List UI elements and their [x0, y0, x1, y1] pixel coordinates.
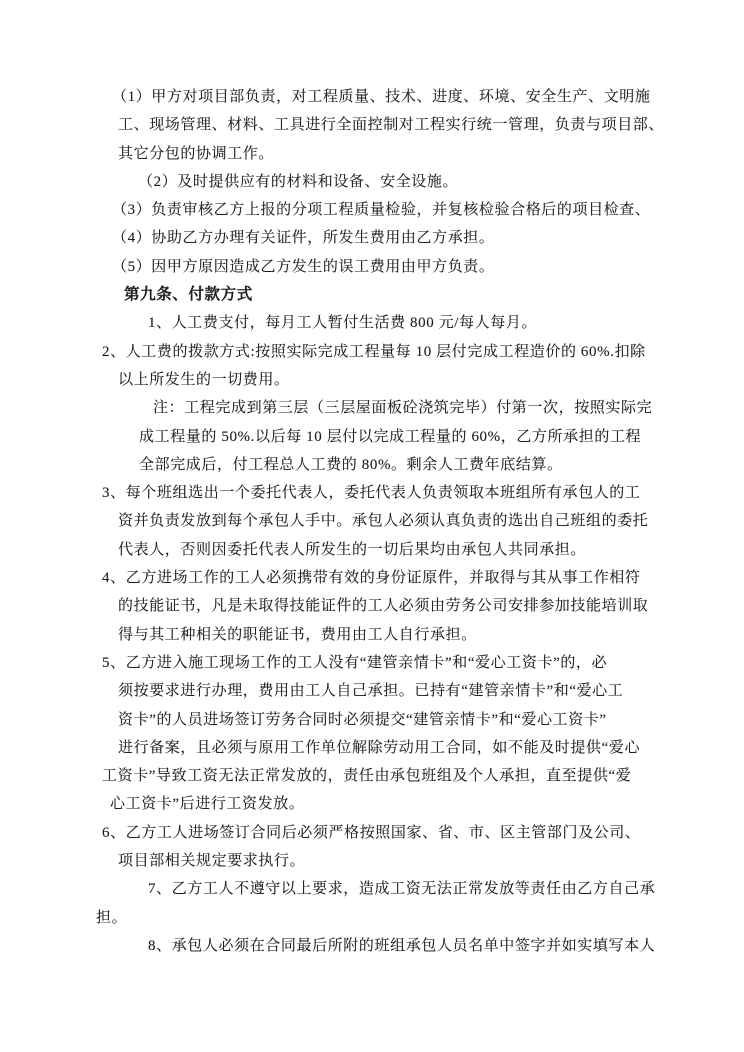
document-line: 4、乙方进场工作的工人必须携带有效的身份证原件，并取得与其从事工作相符: [102, 564, 668, 592]
document-line: 资卡”的人员进场签订劳务合同时必须提交“建管亲情卡”和“爱心工资卡”: [118, 706, 668, 734]
document-line: 资并负责发放到每个承包人手中。承包人必须认真负责的选出自己班组的委托: [118, 507, 668, 535]
document-line: 7、乙方工人不遵守以上要求，造成工资无法正常发放等责任由乙方自己承: [148, 875, 668, 903]
document-line: 得与其工种相关的职能证书，费用由工人自行承担。: [118, 621, 668, 649]
document-note-line: 全部完成后，付工程总人工费的 80%。剩余人工费年底结算。: [139, 451, 668, 479]
document-line: 进行备案，且必须与原用工作单位解除劳动用工合同，如不能及时提供“爱心: [118, 734, 668, 762]
document-note-line: 注：工程完成到第三层（三层屋面板砼浇筑完毕）付第一次，按照实际完: [153, 394, 668, 422]
document-line: （1）甲方对项目部负责，对工程质量、技术、进度、环境、安全生产、文明施: [112, 83, 668, 111]
document-note-line: 成工程量的 50%.以后每 10 层付以完成工程量的 60%，乙方所承担的工程: [139, 423, 668, 451]
document-line: 以上所发生的一切费用。: [118, 366, 668, 394]
document-line: 2、人工费的拨款方式:按照实际完成工程量每 10 层付完成工程造价的 60%.扣…: [102, 338, 668, 366]
document-line: （4）协助乙方办理有关证件，所发生费用由乙方承担。: [112, 224, 668, 252]
document-line: 8、承包人必须在合同最后所附的班组承包人员名单中签字并如实填写本人: [148, 932, 668, 960]
document-line: 5、乙方进入施工现场工作的工人没有“建管亲情卡”和“爱心工资卡”的，必: [102, 649, 668, 677]
document-line: 工、现场管理、材料、工具进行全面控制对工程实行统一管理，负责与项目部、: [118, 111, 668, 139]
document-line: 工资卡”导致工资无法正常发放的，责任由承包班组及个人承担，直至提供“爱: [102, 762, 668, 790]
document-line: 须按要求进行办理，费用由工人自己承担。已持有“建管亲情卡”和“爱心工: [118, 677, 668, 705]
document-line: 担。: [96, 904, 668, 932]
document-body: （1）甲方对项目部负责，对工程质量、技术、进度、环境、安全生产、文明施 工、现场…: [102, 83, 668, 960]
document-line: （2）及时提供应有的材料和设备、安全设施。: [138, 168, 668, 196]
document-line: 3、每个班组选出一个委托代表人，委托代表人负责领取本班组所有承包人的工: [102, 479, 668, 507]
document-line: （5）因甲方原因造成乙方发生的误工费用由甲方负责。: [112, 253, 668, 281]
document-line: 6、乙方工人进场签订合同后必须严格按照国家、省、市、区主管部门及公司、: [102, 819, 668, 847]
document-line: （3）负责审核乙方上报的分项工程质量检验，并复核检验合格后的项目检查、: [112, 196, 668, 224]
document-line: 的技能证书，凡是未取得技能证件的工人必须由劳务公司安排参加技能培训取: [118, 592, 668, 620]
document-line: 心工资卡”后进行工资发放。: [110, 790, 668, 818]
document-page: （1）甲方对项目部负责，对工程质量、技术、进度、环境、安全生产、文明施 工、现场…: [0, 0, 744, 1052]
document-line: 其它分包的协调工作。: [118, 140, 668, 168]
document-line: 项目部相关规定要求执行。: [118, 847, 668, 875]
section-heading-clause-9: 第九条、付款方式: [124, 281, 668, 309]
document-line: 代表人，否则因委托代表人所发生的一切后果均由承包人共同承担。: [118, 536, 668, 564]
document-line: 1、人工费支付，每月工人暂付生活费 800 元/每人每月。: [148, 309, 668, 337]
